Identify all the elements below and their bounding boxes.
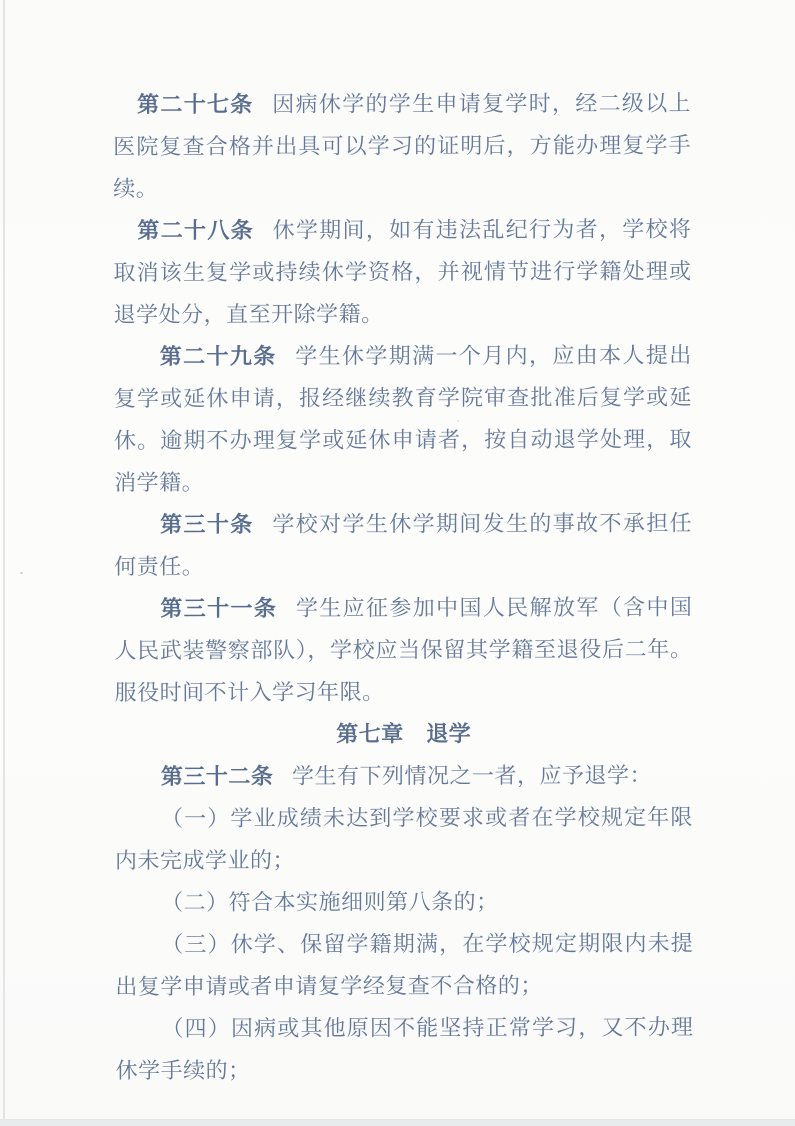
document-body: 第二十七条因病休学的学生申请复学时，经二级以上医院复查合格并出具可以学习的证明后…	[113, 82, 694, 1092]
scan-edge-bottom	[0, 1119, 795, 1126]
list-item: （一）学业成绩未达到学校要求或者在学校规定年限内未完成学业的；	[115, 796, 693, 882]
article-number: 第二十七条	[137, 92, 272, 117]
article-paragraph: 第三十条学校对学生休学期间发生的事故不承担任何责任。	[114, 502, 692, 588]
article-number: 第二十八条	[137, 218, 272, 243]
scan-speck	[20, 572, 23, 574]
article-paragraph: 第三十一条学生应征参加中国人民解放军（含中国人民武装警察部队），学校应当保留其学…	[114, 586, 692, 714]
list-item: （四）因病或其他原因不能坚持正常学习，又不办理休学手续的；	[115, 1006, 693, 1092]
article-number: 第三十二条	[161, 764, 292, 789]
chapter-heading: 第七章 退学	[115, 712, 693, 756]
scan-edge-left	[3, 0, 5, 1126]
article-paragraph: 第二十八条休学期间，如有违法乱纪行为者，学校将取消该生复学或持续休学资格，并视情…	[113, 208, 691, 336]
article-number: 第二十九条	[160, 344, 296, 369]
article-text: 学生有下列情况之一者，应予退学：	[292, 763, 652, 789]
article-paragraph: 第二十九条学生休学期满一个月内，应由本人提出复学或延休申请，报经继续教育学院审查…	[114, 334, 692, 504]
scanned-page: 第二十七条因病休学的学生申请复学时，经二级以上医院复查合格并出具可以学习的证明后…	[0, 0, 795, 1126]
list-item: （二）符合本实施细则第八条的；	[115, 880, 693, 924]
article-number: 第三十条	[160, 512, 272, 537]
list-item: （三）休学、保留学籍期满，在学校规定期限内未提出复学申请或者申请复学经复查不合格…	[115, 922, 693, 1008]
article-paragraph: 第三十二条学生有下列情况之一者，应予退学：	[115, 754, 693, 798]
article-number: 第三十一条	[160, 596, 296, 621]
article-paragraph: 第二十七条因病休学的学生申请复学时，经二级以上医院复查合格并出具可以学习的证明后…	[113, 82, 691, 210]
